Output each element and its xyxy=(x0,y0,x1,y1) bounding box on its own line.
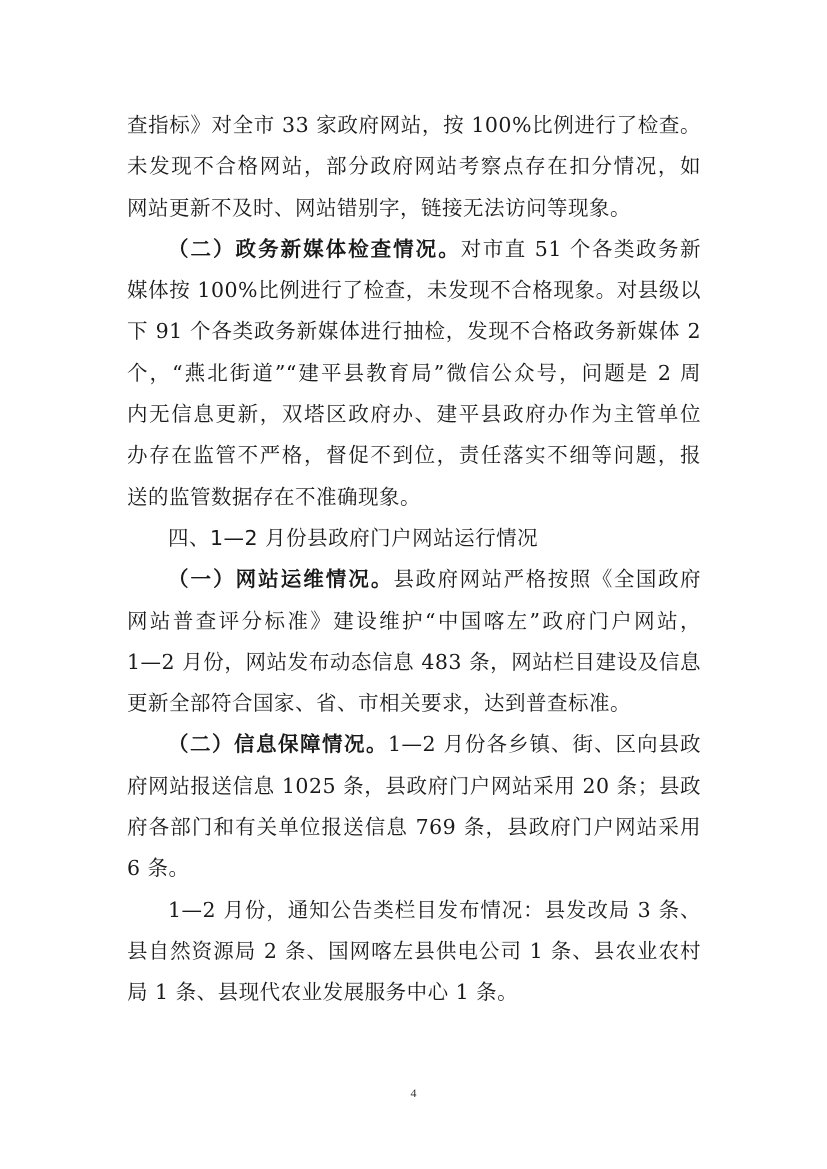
text-line: （一）网站运维情况。县政府网站严格按照《全国政府 xyxy=(127,559,701,600)
text-line: 媒体按 100%比例进行了检查，未发现不合格现象。对县级以 xyxy=(127,270,701,311)
subsection-heading: （一）网站运维情况。 xyxy=(168,567,393,591)
text-line: 局 1 条、县现代农业发展服务中心 1 条。 xyxy=(127,972,701,1013)
paragraph-new-media-inspection: （二）政务新媒体检查情况。对市直 51 个各类政务新 媒体按 100%比例进行了… xyxy=(127,229,701,518)
text-line: 个，“燕北街道”“建平县教育局”微信公众号，问题是 2 周 xyxy=(127,353,701,394)
subsection-heading: （二）信息保障情况。 xyxy=(168,732,388,756)
text-line: 1—2 月份，网站发布动态信息 483 条，网站栏目建设及信息 xyxy=(127,642,701,683)
document-body: 查指标》对全市 33 家政府网站，按 100%比例进行了检查。 未发现不合格网站… xyxy=(127,105,701,1014)
paragraph-notices: 1—2 月份，通知公告类栏目发布情况：县发改局 3 条、 县自然资源局 2 条、… xyxy=(127,890,701,1014)
text-line: （二）信息保障情况。1—2 月份各乡镇、街、区向县政 xyxy=(127,724,701,765)
document-page: 查指标》对全市 33 家政府网站，按 100%比例进行了检查。 未发现不合格网站… xyxy=(0,0,827,1169)
page-number: 4 xyxy=(0,1086,827,1101)
text-line: 网站普查评分标准》建设维护“中国喀左”政府门户网站， xyxy=(127,601,701,642)
text-line: （二）政务新媒体检查情况。对市直 51 个各类政务新 xyxy=(127,229,701,270)
text-line: 办存在监管不严格，督促不到位，责任落实不细等问题，报 xyxy=(127,435,701,476)
text-line: 送的监管数据存在不准确现象。 xyxy=(127,477,701,518)
paragraph-website-inspection-continued: 查指标》对全市 33 家政府网站，按 100%比例进行了检查。 未发现不合格网站… xyxy=(127,105,701,229)
text-run: 县政府网站严格按照《全国政府 xyxy=(393,567,701,591)
text-line: 网站更新不及时、网站错别字，链接无法访问等现象。 xyxy=(127,188,701,229)
text-line: 未发现不合格网站，部分政府网站考察点存在扣分情况，如 xyxy=(127,146,701,187)
text-line: 县自然资源局 2 条、国网喀左县供电公司 1 条、县农业农村 xyxy=(127,931,701,972)
text-line: 府各部门和有关单位报送信息 769 条，县政府门户网站采用 xyxy=(127,807,701,848)
subsection-heading: （二）政务新媒体检查情况。 xyxy=(168,237,461,261)
text-line: 府网站报送信息 1025 条，县政府门户网站采用 20 条；县政 xyxy=(127,766,701,807)
section-heading: 四、1—2 月份县政府门户网站运行情况 xyxy=(127,518,701,559)
paragraph-website-operations: （一）网站运维情况。县政府网站严格按照《全国政府 网站普查评分标准》建设维护“中… xyxy=(127,559,701,724)
text-run: 对市直 51 个各类政务新 xyxy=(461,237,701,261)
text-line: 内无信息更新，双塔区政府办、建平县政府办作为主管单位 xyxy=(127,394,701,435)
text-line: 查指标》对全市 33 家政府网站，按 100%比例进行了检查。 xyxy=(127,105,701,146)
text-line: 更新全部符合国家、省、市相关要求，达到普查标准。 xyxy=(127,683,701,724)
text-line: 1—2 月份，通知公告类栏目发布情况：县发改局 3 条、 xyxy=(127,890,701,931)
text-run: 1—2 月份各乡镇、街、区向县政 xyxy=(388,732,701,756)
text-line: 6 条。 xyxy=(127,848,701,889)
text-line: 下 91 个各类政务新媒体进行抽检，发现不合格政务新媒体 2 xyxy=(127,311,701,352)
paragraph-information-support: （二）信息保障情况。1—2 月份各乡镇、街、区向县政 府网站报送信息 1025 … xyxy=(127,724,701,889)
